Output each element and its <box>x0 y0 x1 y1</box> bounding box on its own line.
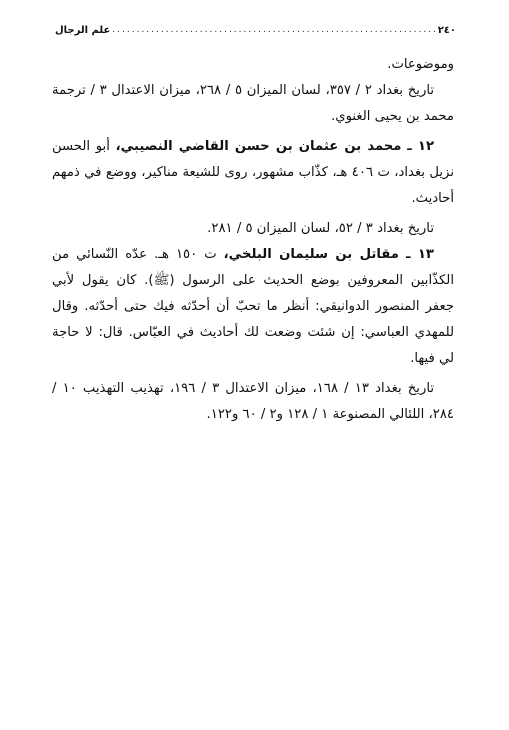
page-number: ٢٤٠ <box>438 25 456 36</box>
entry-12-paragraph: ١٢ ـ محمد بن عثمان بن حسن القاضي النصيبي… <box>52 134 454 212</box>
sources-paragraph-11: تاريخ بغداد ٢ / ٣٥٧، لسان الميزان ٥ / ٢٦… <box>52 78 454 130</box>
entry-13-paragraph: ١٣ ـ مقاتل بن سليمان البلخي، ت ١٥٠ هـ. ع… <box>52 242 454 372</box>
sources-paragraph-13: تاريخ بغداد ١٣ / ١٦٨، ميزان الاعتدال ٣ /… <box>52 376 454 428</box>
entry-13-text: ت ١٥٠ هـ. عدّه النّسائي من الكذّابين الم… <box>52 247 454 366</box>
continuation-paragraph: وموضوعات. <box>52 52 454 78</box>
entry-13-number: ١٣ ـ <box>406 247 434 262</box>
sources-paragraph-12: تاريخ بغداد ٣ / ٥٢، لسان الميزان ٥ / ٢٨١… <box>52 216 454 242</box>
leader-dots: ........................................… <box>112 25 435 35</box>
running-title: علم الرجال <box>55 25 110 36</box>
entry-12-number: ١٢ ـ <box>407 139 434 154</box>
book-page: ٢٤٠ ....................................… <box>0 0 509 730</box>
entry-13-name: مقاتل بن سليمان البلخي، <box>224 247 399 262</box>
entry-12-name: محمد بن عثمان بن حسن القاضي النصيبي، <box>116 139 402 154</box>
page-body: وموضوعات. تاريخ بغداد ٢ / ٣٥٧، لسان المي… <box>52 52 454 428</box>
running-header: ٢٤٠ ....................................… <box>55 22 456 38</box>
